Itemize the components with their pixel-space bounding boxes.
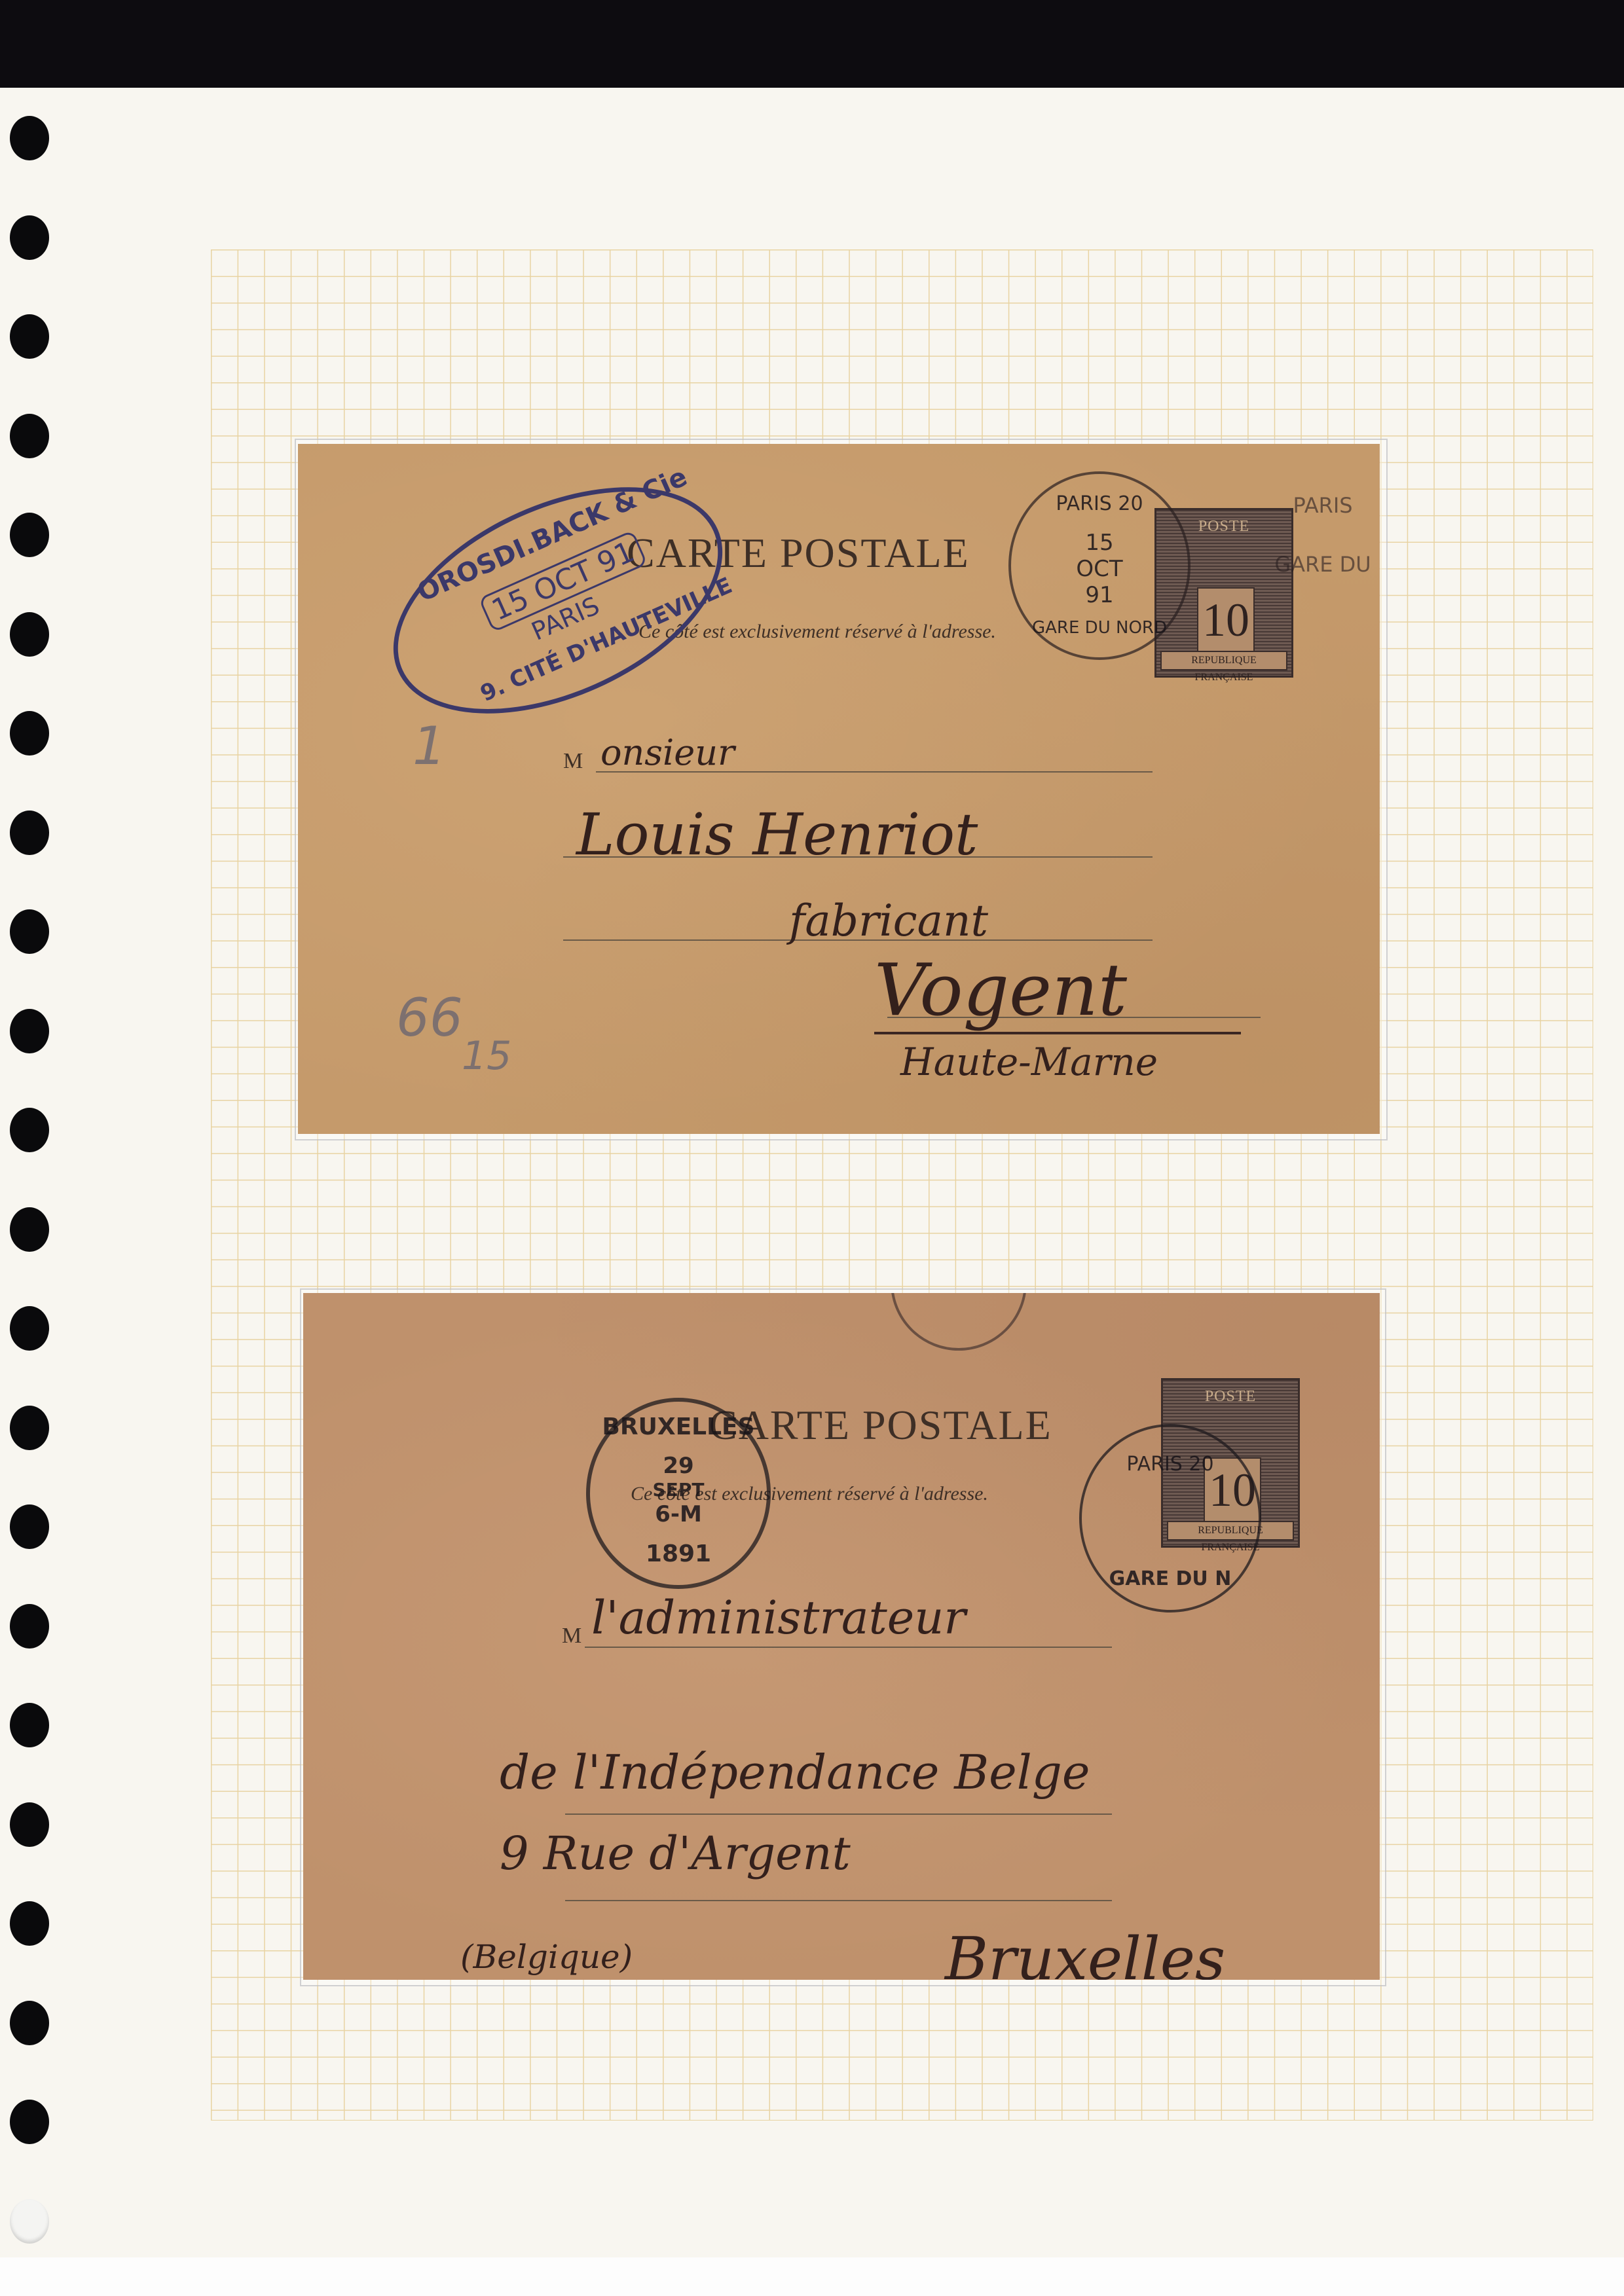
postmark-paris-gare-du-nord: PARIS 20 GARE DU N <box>1079 1424 1261 1613</box>
binder-hole <box>10 1504 49 1549</box>
address-line-rule <box>565 1900 1112 1901</box>
binder-hole <box>10 1802 49 1847</box>
pencil-note: 66 <box>396 987 463 1048</box>
binder-hole <box>10 1406 49 1450</box>
postmark-bruxelles: BRUXELLES 29 SEPT 6-M 1891 <box>586 1398 771 1589</box>
binder-hole <box>10 314 49 359</box>
binder-hole <box>10 116 49 160</box>
binder-hole <box>10 414 49 458</box>
binder-hole <box>10 2100 49 2144</box>
binder-hole <box>10 1901 49 1946</box>
address-line-4: Vogent <box>874 948 1127 1032</box>
card-subtitle: Ce côté est exclusivement réservé à l'ad… <box>638 621 996 643</box>
pencil-note: 15 <box>462 1033 511 1079</box>
scan-bottom-margin <box>0 2257 1624 2296</box>
address-line-rule <box>585 1647 1112 1648</box>
binder-hole <box>10 711 49 756</box>
address-line-5: Haute-Marne <box>900 1040 1158 1084</box>
binder-hole <box>10 612 49 657</box>
address-line-1: onsieur <box>600 732 735 773</box>
binder-hole <box>10 1009 49 1053</box>
stamp-poste-label: POSTE <box>1163 1388 1298 1406</box>
address-line-3: 9 Rue d'Argent <box>500 1827 851 1880</box>
wavy-underline <box>874 1032 1241 1034</box>
address-prefix: M <box>563 749 583 774</box>
address-line-2: Louis Henriot <box>576 801 978 868</box>
address-prefix: M <box>562 1624 581 1649</box>
binder-hole <box>10 1703 49 1747</box>
binder-hole <box>10 1306 49 1351</box>
postcard-2: CARTE POSTALE Ce côté est exclusivement … <box>303 1293 1380 1980</box>
binder-hole <box>10 2199 49 2244</box>
stamp-country: REPUBLIQUE FRANÇAISE <box>1160 651 1287 670</box>
binder-hole <box>10 1207 49 1252</box>
binder-hole <box>10 513 49 557</box>
address-line-5: (Belgique) <box>460 1938 633 1976</box>
address-line-3: fabricant <box>789 896 988 946</box>
binder-hole <box>10 1604 49 1649</box>
postmark-paris-gare-du-nord: PARIS 20 15 OCT 91 GARE DU NORD <box>1008 471 1190 660</box>
binder-hole <box>10 1108 49 1152</box>
binder-hole <box>10 909 49 954</box>
binder-hole <box>10 215 49 260</box>
postmark-partial-top <box>891 1293 1027 1351</box>
scan-top-border <box>0 0 1624 88</box>
address-line-rule <box>565 1813 1112 1815</box>
binder-hole <box>10 2001 49 2045</box>
address-line-4: Bruxelles <box>945 1925 1225 1980</box>
address-line-2: de l'Indépendance Belge <box>500 1745 1090 1800</box>
pencil-note: 1 <box>413 716 446 776</box>
binder-hole <box>10 811 49 855</box>
address-line-1: l'administrateur <box>591 1591 966 1645</box>
